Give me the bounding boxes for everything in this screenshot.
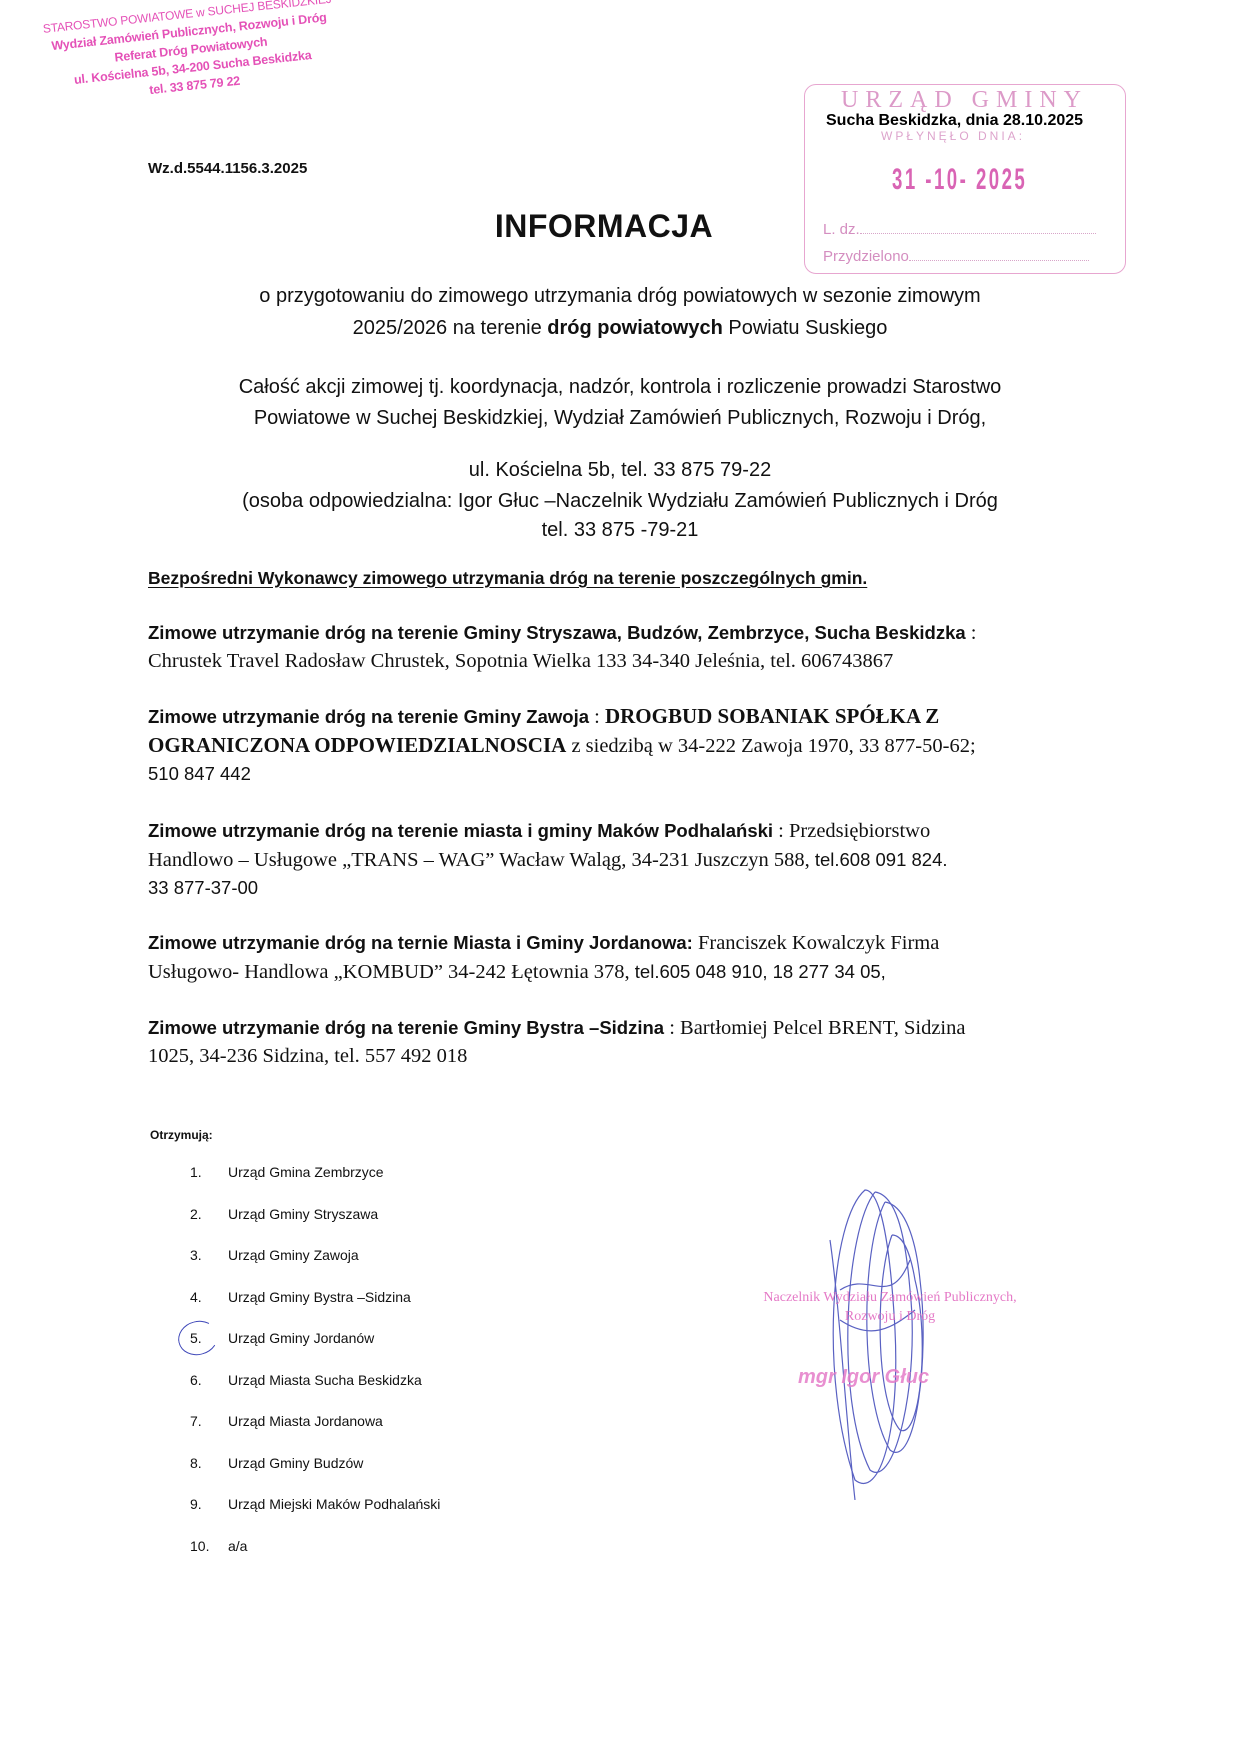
coordination-line-3: ul. Kościelna 5b, tel. 33 875 79-22 bbox=[0, 455, 1240, 485]
received-stamp-label: WPŁYNĘŁO DNIA: bbox=[881, 129, 1025, 143]
received-stamp-date: 31 -10- 2025 bbox=[892, 163, 1027, 197]
assigned-label: Przydzielono bbox=[823, 248, 909, 265]
signature-stamp: Naczelnik Wydziału Zamówień Publicznych,… bbox=[740, 1290, 1040, 1325]
contractor-section: Zimowe utrzymanie dróg na terenie Gminy … bbox=[148, 618, 1088, 675]
coordination-line-2: Powiatowe w Suchej Beskidzkiej, Wydział … bbox=[0, 403, 1240, 433]
coordination-line-5: tel. 33 875 -79-21 bbox=[0, 515, 1240, 545]
recipient-name: Urząd Gminy Bystra –Sidzina bbox=[228, 1289, 411, 1305]
contractor-section: Zimowe utrzymanie dróg na terenie Gminy … bbox=[148, 1013, 1088, 1070]
handwritten-circle-mark bbox=[174, 1316, 221, 1359]
recipient-name: Urząd Gminy Stryszawa bbox=[228, 1206, 378, 1222]
subtitle-line-1: o przygotowaniu do zimowego utrzymania d… bbox=[0, 281, 1240, 311]
received-stamp-assigned: Przydzielono bbox=[823, 248, 1089, 265]
coordination-line-4: (osoba odpowiedzialna: Igor Głuc –Naczel… bbox=[0, 486, 1240, 516]
recipient-number: 8. bbox=[190, 1455, 226, 1471]
recipient-name: Urząd Gmina Zembrzyce bbox=[228, 1164, 384, 1180]
document-page: STAROSTWO POWIATOWE w SUCHEJ BESKIDZKIEJ… bbox=[0, 0, 1240, 1754]
recipients-label: Otrzymują: bbox=[150, 1128, 213, 1142]
recipient-number: 9. bbox=[190, 1496, 226, 1512]
office-stamp: STAROSTWO POWIATOWE w SUCHEJ BESKIDZKIEJ… bbox=[42, 0, 340, 110]
recipient-name: Urząd Gminy Zawoja bbox=[228, 1247, 359, 1263]
signatory-name: mgr Igor Głuc bbox=[798, 1366, 929, 1389]
contractor-section: Zimowe utrzymanie dróg na terenie miasta… bbox=[148, 816, 1088, 902]
recipient-name: Urząd Miasta Sucha Beskidzka bbox=[228, 1372, 422, 1388]
recipient-name: Urząd Gminy Jordanów bbox=[228, 1330, 374, 1346]
subtitle-line-2: 2025/2026 na terenie dróg powiatowych Po… bbox=[0, 313, 1240, 343]
recipient-name: Urząd Gminy Budzów bbox=[228, 1455, 363, 1471]
handwritten-signature bbox=[820, 1180, 960, 1500]
recipient-number: 10. bbox=[190, 1538, 226, 1554]
signature-stamp-title: Naczelnik Wydziału Zamówień Publicznych, bbox=[740, 1290, 1040, 1306]
recipient-number: 3. bbox=[190, 1247, 226, 1263]
contractors-heading: Bezpośredni Wykonawcy zimowego utrzymani… bbox=[148, 568, 867, 589]
recipient-number: 2. bbox=[190, 1206, 226, 1222]
reference-number: Wz.d.5544.1156.3.2025 bbox=[148, 160, 307, 177]
recipient-name: Urząd Miasta Jordanowa bbox=[228, 1413, 383, 1429]
recipient-name: a/a bbox=[228, 1538, 247, 1554]
signature-stamp-department: Rozwoju i Dróg bbox=[740, 1309, 1040, 1325]
document-title: INFORMACJA bbox=[0, 208, 1240, 245]
recipient-number: 4. bbox=[190, 1289, 226, 1305]
contractor-section: Zimowe utrzymanie dróg na terenie Gminy … bbox=[148, 702, 1088, 788]
received-stamp-header: URZĄD GMINY bbox=[841, 87, 1088, 114]
coordination-line-1: Całość akcji zimowej tj. koordynacja, na… bbox=[0, 372, 1240, 402]
recipient-number: 1. bbox=[190, 1164, 226, 1180]
recipient-name: Urząd Miejski Maków Podhalański bbox=[228, 1496, 440, 1512]
recipient-number: 7. bbox=[190, 1413, 226, 1429]
recipient-number: 6. bbox=[190, 1372, 226, 1388]
place-and-date: Sucha Beskidzka, dnia 28.10.2025 bbox=[826, 112, 1083, 130]
contractor-section: Zimowe utrzymanie dróg na ternie Miasta … bbox=[148, 928, 1088, 986]
